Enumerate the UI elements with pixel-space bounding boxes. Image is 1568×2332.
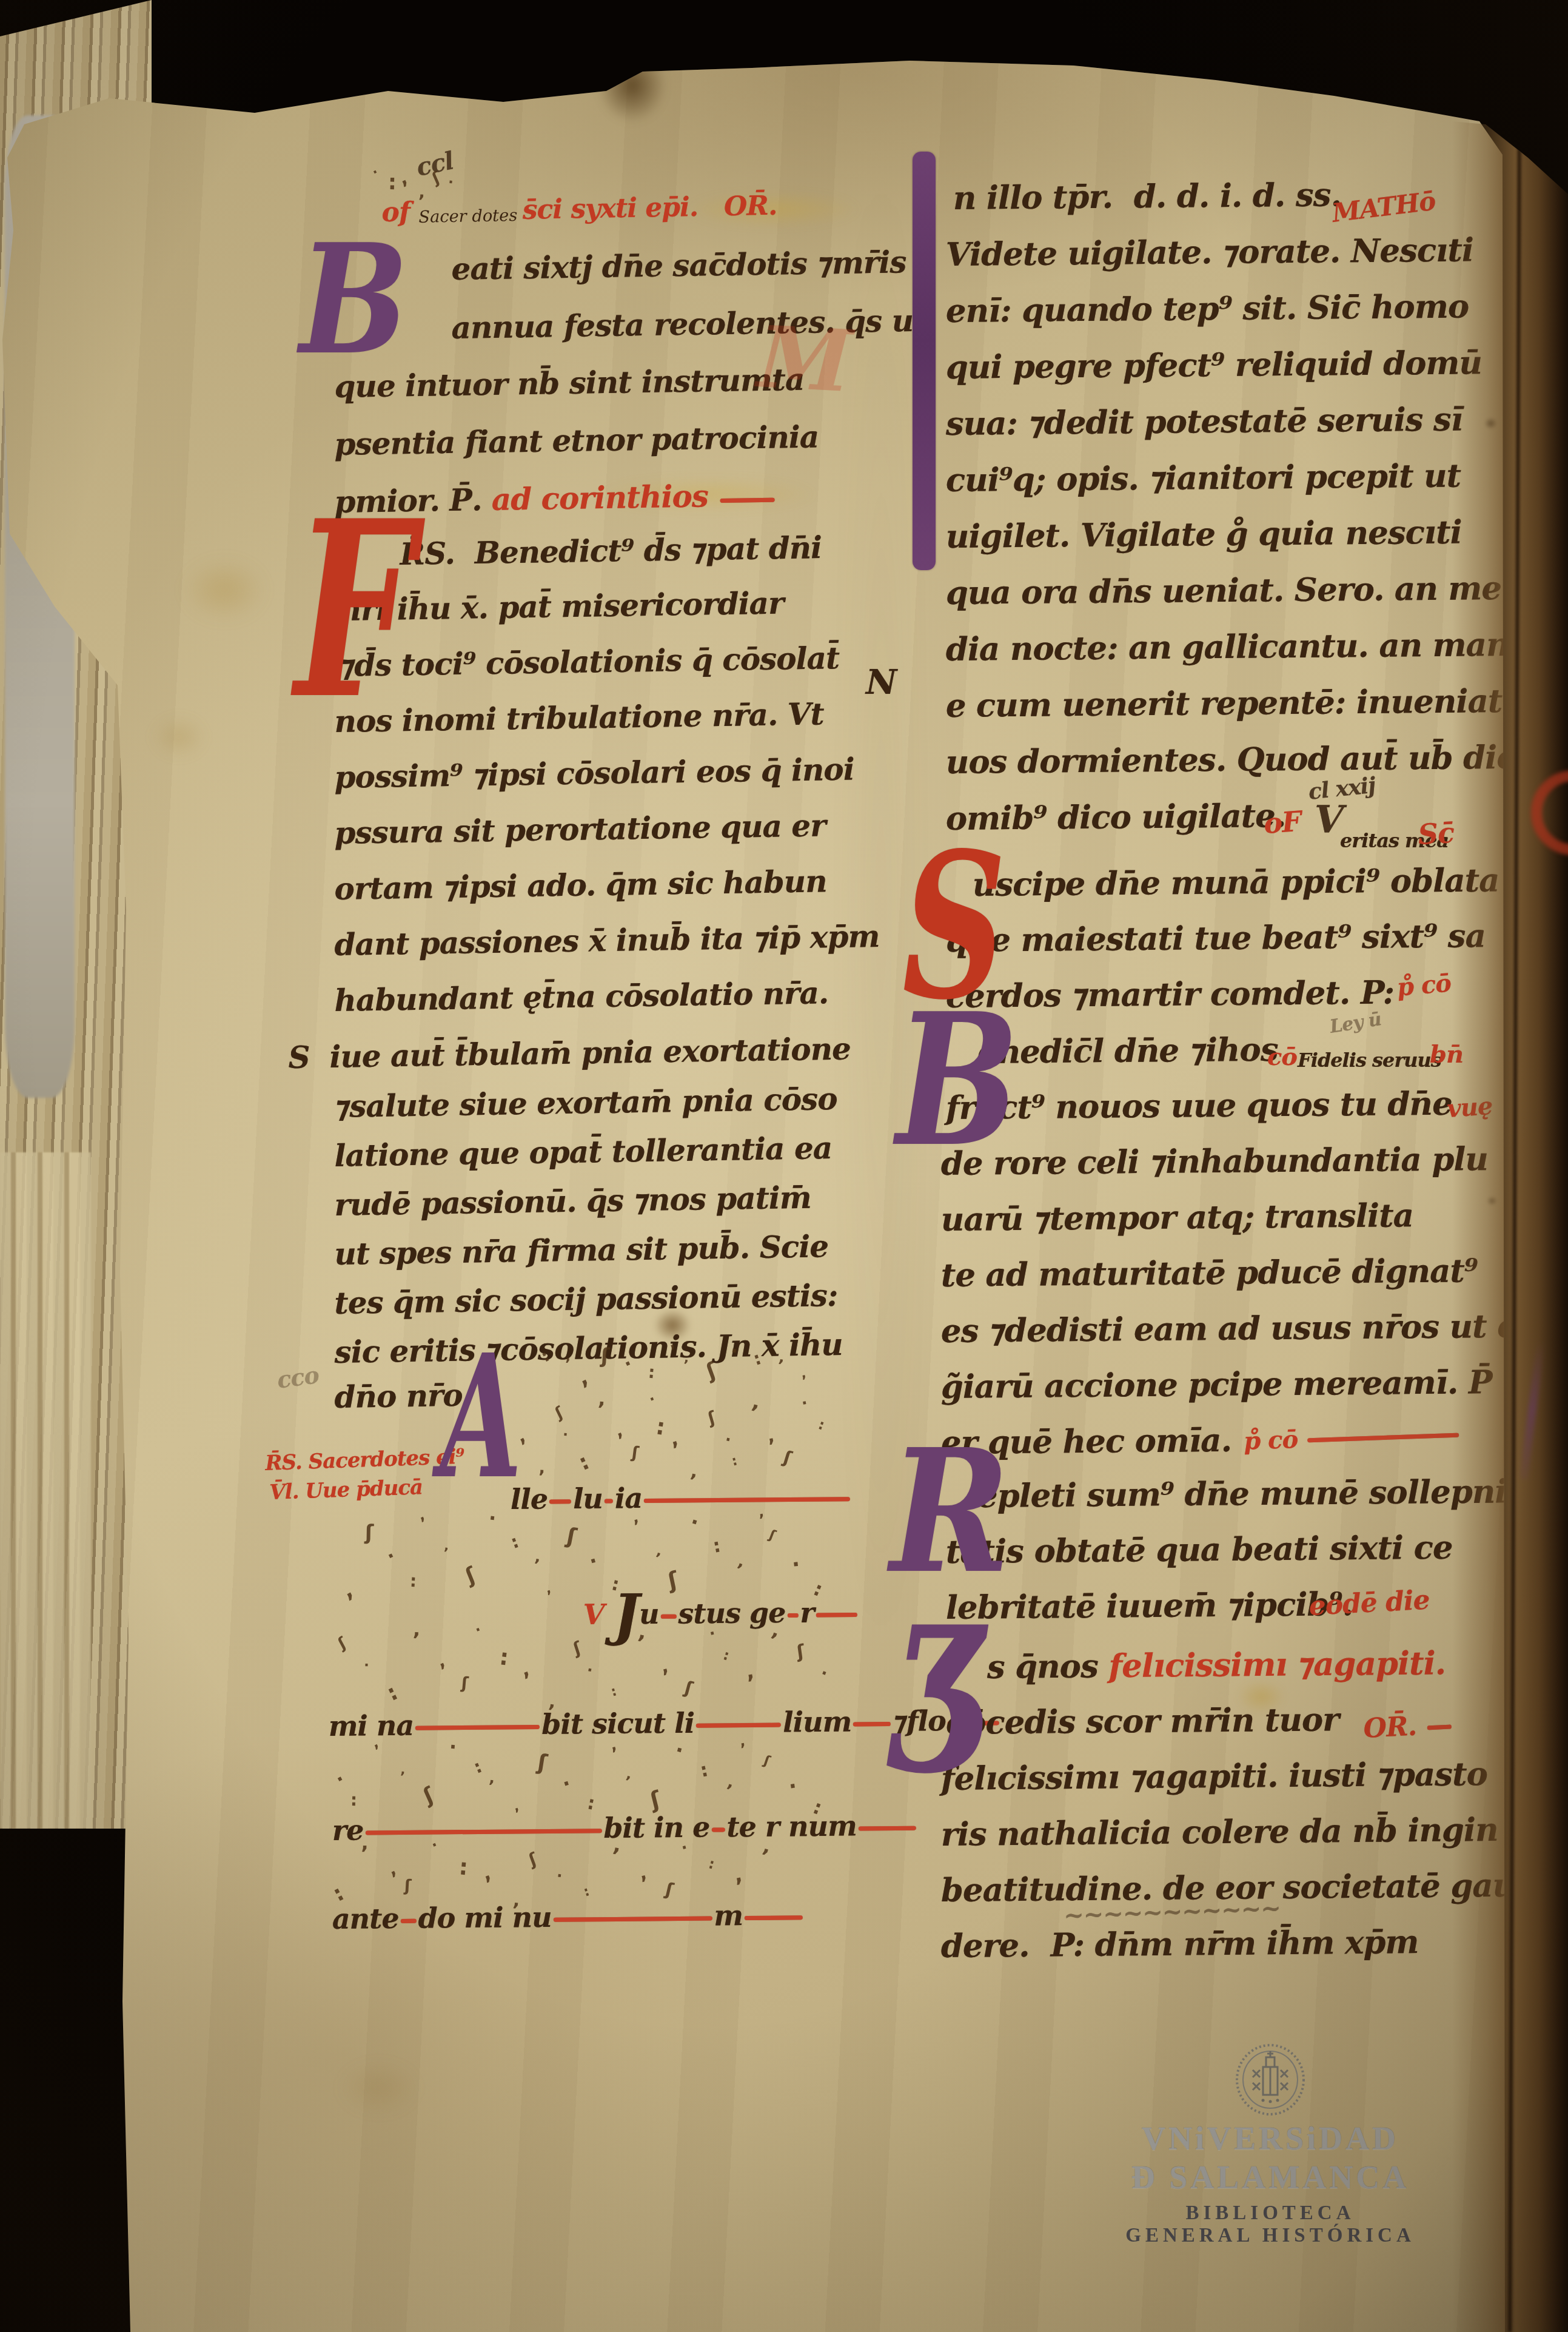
neume-mark: : [458,1853,469,1880]
text-run: fruct⁹ nouos uue quos tu dn̄e [946,1087,1452,1126]
illuminated-initial-I [913,152,936,570]
neume-mark: ’ [565,1356,571,1373]
neume-mark: ’ [632,1517,643,1537]
chant-extender-line [553,1917,712,1922]
neume-mark: : [387,170,397,195]
text-line: e cum uenerit repentē: inueniat [946,685,1503,724]
text-line: Videte uigilate. ⁊orate. Nescıti [946,234,1474,272]
text-run: e cum uenerit repentē: inueniat [946,685,1503,724]
text-line: ⁊salute siue exortam̄ pnia cōso [334,1083,837,1123]
text-run: m [714,1901,743,1930]
text-run: tatis obtatē qua beati sixti ce [946,1531,1453,1570]
text-line: qua ora dn̄s ueniat. Sero. an me [946,572,1502,611]
university-seal-icon [1235,2043,1306,2117]
stamp-line-1: VNiVERSiDAD [1119,2120,1422,2157]
text-line: cōcedis scor mr̄in tuor [946,1703,1339,1740]
neume-mark: ‚ [337,1577,357,1604]
neume-mark: ‚ [543,1581,552,1597]
neume-mark: ‚ [511,1798,521,1815]
text-run: g̃iarū accione pcipe mereamī. P̄ [941,1366,1492,1405]
text-run: dant passiones x̄ inub̄ ita ⁊ip̄ xp̄m [334,921,880,961]
neume-mark: ‚ [611,1420,625,1442]
neume-mark: ʃ [461,1674,469,1693]
illuminated-initial-A: A [440,1354,522,1481]
neume-mark: : [581,1884,591,1900]
neume-mark: : [471,1756,485,1778]
text-line: annua festa recolentes. q̄s ut [451,305,926,344]
text-line: ut spes nr̄a firma sit pub̄. Scie [334,1231,828,1270]
neume-mark: ‚ [572,1364,591,1391]
text-run: eati sixtj dn̄e sac̄dotis ⁊mr̄is [451,246,906,285]
margin-note: Sc̄ [1417,818,1455,849]
neume-mark: : [707,1856,717,1872]
text-line: habundant ęt̄na cōsolatio nr̄a. [334,977,828,1016]
text-line: cco [275,1363,320,1393]
neume-mark: : [508,1531,521,1553]
text-run: bit sicut li [541,1709,694,1739]
library-stamp: VNiVERSiDAD Ð SALAMANCA BIBLIOTECA GENER… [1119,2043,1422,2247]
margin-note: p̊ cō [1244,1422,1461,1454]
text-line: tatis obtatē qua beati sixti ce [946,1531,1453,1570]
neume-mark: ʃ [565,1524,579,1550]
neume-mark: : [575,1450,594,1476]
text-run: uarū ⁊tempor atq; translita [941,1199,1414,1237]
text-run: s q̄nos [987,1650,1109,1684]
neume-mark: ʃ [526,1849,540,1870]
neume-mark: ’ [610,1744,621,1764]
text-run: ris nathalicia colere da nb̄ ingin [941,1813,1498,1852]
neume-mark: ‚ [635,1861,649,1885]
text-run: cui⁹q; opis. ⁊ianitori pcepit ut [946,460,1461,498]
neume-mark: : [699,1759,711,1782]
neume-mark: ʃ [767,1527,777,1544]
illuminated-initial-D: Ʒ [891,1625,996,1776]
text-run: lu [573,1484,603,1514]
neume-mark: ʃ [683,1677,695,1699]
neume-mark: ’ [596,1397,606,1422]
text-run: cco [275,1363,320,1393]
margin-note: N [866,665,896,701]
text-line: tes q̄m sic socij passionū estis: [334,1280,838,1320]
neume-mark: ’ [520,1667,536,1693]
neume-mark: ’ [732,1559,745,1581]
margin-note: eodē die [1308,1587,1430,1621]
text-run: ortam ⁊ipsi ado. q̄m sic habun [334,865,827,905]
neume-mark: ‚ [418,181,426,203]
rubric-run: Sc̄ [1417,818,1455,849]
chant-lyric-line: lleluia [511,1482,853,1514]
neume-mark: ’ [669,1436,685,1462]
text-line: psentia fiant etnor patrocinia [334,421,819,460]
neume-mark: ʃ [648,1786,663,1813]
neume-mark: ʃ [600,1344,610,1369]
text-run: re [332,1816,364,1846]
neume-mark: ‚ [658,1654,671,1678]
illuminated-initial-B: B [300,243,409,357]
neume-mark: ʃ [365,1521,374,1545]
text-run: ante [332,1904,399,1934]
neume-mark: ʃ [420,1783,438,1809]
text-line: te ad maturitatē pducē dignat⁹ [941,1254,1478,1292]
margin-note: V [1315,799,1343,839]
text-line: eati sixtj dn̄e sac̄dotis ⁊mr̄is [451,246,906,285]
neume-mark: · [791,1553,801,1578]
neume-mark: ’ [532,1556,540,1574]
text-run: pssura sit perortatione qua er [334,810,826,849]
text-run: ut spes nr̄a firma sit pub̄. Scie [334,1231,828,1270]
text-run: do mi nu [418,1903,551,1933]
neume-mark: · [818,1664,831,1684]
text-run: enedic̄l dn̄e ⁊ihos [977,1033,1278,1070]
text-line: sua: ⁊dedit potestatē seruis sı̄ [946,403,1463,442]
neume-mark: · [672,1738,686,1763]
neume-mark: ’ [361,1841,369,1865]
margin-note: OR̄. [1363,1710,1454,1743]
rubric-run: MATHō [1331,188,1437,227]
text-line: dia nocte: an gallicantu. an mane. [946,628,1540,667]
neume-mark: ‚ [538,1457,546,1477]
parchment-stain [182,558,267,622]
neume-mark: ‚ [400,1762,406,1778]
text-run: ⁊salute siue exortam̄ pnia cōso [334,1083,837,1123]
text-run: possim⁹ ⁊ipsi cōsolari eos q̄ inoi [334,754,854,794]
neume-mark: ʃ [705,1407,717,1428]
text-run: ia [615,1484,643,1513]
text-run: Fidelis seruus [1298,1050,1441,1071]
chant-extender-line [720,497,774,502]
neume-mark: · [447,174,454,190]
rubric-run: eodē die [1308,1587,1430,1621]
text-run: psentia fiant etnor patrocinia [334,421,819,460]
rubric-run: cō [1267,1044,1297,1070]
gutter-purple-smudge [1519,1340,1545,1480]
text-line: enedic̄l dn̄e ⁊ihos [977,1033,1278,1070]
neume-mark: : [609,1684,618,1699]
illuminated-initial-F: F [295,519,415,701]
text-line: g̃iarū accione pcipe mereamī. P̄ [941,1366,1492,1405]
chant-extender-line [549,1499,571,1504]
neume-mark: · [449,1735,458,1759]
neume-mark: ‚ [689,1460,700,1483]
text-line: uscipe dn̄e munā ppici⁹ oblata [973,864,1499,902]
text-run: te ad maturitatē pducē dignat⁹ [941,1254,1478,1292]
text-run: felıcissimı ⁊agapiti. iusti ⁊pasto [941,1758,1488,1796]
text-line: fruct⁹ nouos uue quos tu dn̄e [946,1087,1452,1126]
neume-mark: ‚ [765,1423,777,1448]
text-run: que maiestati tue beat⁹ sixt⁹ sa [946,919,1486,958]
neume-mark: ’ [398,176,415,200]
text-run: enı̄: quando tep⁹ sit. Sic̄ homo [946,290,1469,328]
neume-mark: · [363,1658,369,1673]
text-run: Ley ū [1328,1010,1382,1037]
rubric-run: M [756,313,853,407]
neume-mark: · [562,1427,568,1443]
text-line: qui pegre pfect⁹ reliquid domū [946,346,1483,385]
margin-note: Ley ū [1328,1010,1382,1037]
margin-note: ~~~~~~~~~~~ [1064,1896,1281,1929]
neume-mark: : [647,1362,655,1382]
neume-mark: ‚ [384,1859,400,1881]
neume-mark: : [721,1647,731,1664]
text-run: J [613,1601,639,1628]
neume-mark: ʃ [631,1443,640,1463]
neume-mark: · [687,1510,702,1535]
text-line: V̄l. Uue p̄ducā [269,1477,423,1504]
neume-mark: ʃ [666,1567,680,1594]
text-run: r [800,1598,814,1627]
neume-mark: ʃ [404,1877,412,1896]
neume-mark: · [472,1621,484,1639]
text-run: Sacer dotes [418,207,523,226]
neume-mark: · [585,1661,594,1679]
neume-mark: ’ [746,1400,760,1426]
text-run: n illo tp̄r. d. d. i. d. ss. [953,178,1342,215]
text-line: s q̄nos felıcissimı ⁊agapiti. [987,1647,1446,1684]
neume-mark: : [350,1790,357,1810]
neume-mark: · [383,1545,399,1568]
neume-mark: ’ [723,1780,735,1801]
chant-extender-line [660,1615,676,1619]
text-run: uscipe dn̄e munā ppici⁹ oblata [973,864,1499,902]
text-line: cui⁹q; opis. ⁊ianitori pcepit ut [946,460,1461,498]
chant-lyric-line: antedo mi num [332,1900,805,1934]
margin-note: MATHō [1331,188,1437,227]
text-run: habundant ęt̄na cōsolatio nr̄a. [334,977,828,1016]
gutter-crease [1508,115,1521,2332]
neume-mark: ’ [746,1670,759,1696]
text-run: V [1315,799,1343,839]
text-run: sic eritis ⁊cōsolationis. Jn x̄ ih̄u [334,1329,843,1369]
text-line: felıcissimı ⁊agapiti. iusti ⁊pasto [941,1758,1488,1796]
book-gutter [1452,115,1568,2332]
neume-mark: ‚ [625,1765,634,1783]
text-run: latione que opat̄ tollerantia ea [334,1132,832,1172]
text-run: stus ge [678,1598,785,1628]
text-run: epleti sum⁹ dn̄e munē sollepni [977,1475,1507,1513]
margin-note: cō [1267,1044,1297,1070]
text-line: uos dormientes. Quod aut̄ ub̄ dico [946,741,1537,780]
neume-mark: ʃ [536,1750,549,1776]
margin-note: p̊ cō [1396,970,1452,1001]
neume-mark: · [800,1394,809,1413]
rubric-run: p̊ cō [1396,970,1452,1001]
chant-extender-line [696,1723,781,1728]
text-run: uos dormientes. Quod aut̄ ub̄ dico [946,741,1537,780]
text-run: te r num [726,1811,857,1841]
text-run: rudē passionū. q̄s ⁊nos patim̄ [334,1182,811,1221]
text-run: u [639,1599,659,1629]
text-line: epleti sum⁹ dn̄e munē sollepni [977,1475,1507,1513]
page-edge-lower-strip [0,1152,91,1829]
neume-mark: ’ [734,1873,747,1900]
chant-extender-line [401,1919,417,1923]
chant-extender-line [853,1722,891,1727]
text-run: qua ora dn̄s ueniat. Sero. an me [946,572,1502,611]
chant-extender-line [415,1725,540,1730]
chant-lyric-line: rebit in ete r num [332,1811,918,1846]
manuscript-page: cclof Sacer dotes s̄ci syxti ep̄i. OR̄.e… [0,0,1568,2332]
neume-mark: · [787,1774,799,1799]
text-run: Videte uigilate. ⁊orate. Nescıti [946,234,1474,272]
text-line: dant passiones x̄ inub̄ ita ⁊ip̄ xp̄m [334,921,880,961]
margin-note: oF [1263,807,1302,838]
chant-lyric-line: V Justus ger [583,1598,859,1629]
neume-mark: ’ [418,1513,431,1531]
rubric-run: felıcissimı ⁊agapiti. [1108,1647,1446,1683]
text-line: dere. P: dn̄m nr̄m ih̄m xp̄m [941,1926,1419,1964]
parchment-stain [450,32,466,47]
neume-mark: ʃ [663,1878,675,1900]
chant-extender-line [1307,1433,1459,1443]
neume-mark: ‚ [655,1542,665,1559]
text-line: M [756,313,853,407]
text-line: S iue aut̄ t̄bulam̄ pnia exortatione [288,1033,851,1074]
rubric-run: oF [1263,807,1302,838]
illuminated-initial-B2: B [896,1012,1019,1148]
text-run: tes q̄m sic socij passionū estis: [334,1280,838,1320]
rubric-run: p̊ cō [1244,1426,1306,1454]
neume-mark: : [586,1792,597,1815]
chant-extender-line [1427,1725,1451,1730]
chant-extender-line [605,1499,613,1504]
neume-mark: · [646,1391,657,1408]
text-run: S iue aut̄ t̄bulam̄ pnia exortatione [288,1033,851,1074]
text-run: ~~~~~~~~~~~ [1064,1896,1281,1929]
neume-mark: ʃ [796,1641,806,1662]
text-run: dere. P: dn̄m nr̄m ih̄m xp̄m [941,1926,1419,1964]
neume-mark: · [586,1548,600,1573]
neume-mark: : [409,1570,417,1591]
text-run: N [866,665,896,701]
text-line: de rore celi ⁊inhabundantia plu [941,1143,1489,1181]
neume-mark: ‚ [799,1365,808,1382]
neume-mark: · [332,1768,348,1790]
stamp-line-3: BIBLIOTECA GENERAL HISTÓRICA [1119,2202,1422,2247]
neume-mark: · [559,1771,574,1796]
text-line: uigilet. Vigilate g̊ quia nescıti [946,516,1462,554]
text-line: es ⁊dedisti eam ad usus nr̄os ut cū [941,1309,1540,1348]
illuminated-initial-R: R [890,1448,1010,1576]
parchment-stain [152,716,206,758]
text-line: uarū ⁊tempor atq; translita [941,1199,1414,1237]
text-run: de rore celi ⁊inhabundantia plu [941,1143,1489,1181]
neume-mark: · [723,1430,733,1448]
text-run: R̄S. Benedict⁹ d̄s ⁊pat dn̄i [400,532,822,570]
neume-mark: · [370,165,381,181]
text-line: latione que opat̄ tollerantia ea [334,1132,832,1172]
margin-note: Fidelis seruus [1298,1050,1441,1071]
text-run: sua: ⁊dedit potestatē seruis sı̄ [946,403,1463,442]
neume-mark: : [498,1644,511,1671]
neume-mark: ʃ [571,1638,583,1659]
neume-mark: : [711,1534,722,1557]
parchment-stain [340,2062,418,2114]
rubric-run: V [583,1600,614,1630]
parchment-stain [52,1917,85,1944]
neume-mark: ʃ [552,1403,566,1423]
rubric-run: s̄ci syxti ep̄i. OR̄. [522,192,777,225]
text-run: annua festa recolentes. q̄s ut [451,305,926,344]
chant-extender-line [711,1828,725,1832]
chant-extender-line [787,1613,798,1618]
manuscript-photo: cclof Sacer dotes s̄ci syxti ep̄i. OR̄.e… [0,0,1568,2332]
text-run: dia nocte: an gallicantu. an mane. [946,628,1540,667]
neume-mark: ‚ [433,1651,448,1673]
text-line: ris nathalicia colere da nb̄ ingin [941,1813,1498,1852]
rubric-run: ad corinthios [491,480,718,516]
text-run: es ⁊dedisti eam ad usus nr̄os ut cū [941,1309,1540,1348]
chant-extender-line [745,1916,803,1921]
neume-mark: ʃ [462,1563,479,1589]
neume-mark: ʃ [762,1753,772,1769]
facing-page-red-initial-fragment [1531,770,1568,855]
rubric-run: V̄l. Uue p̄ducā [269,1477,423,1504]
text-line: sic eritis ⁊cōsolationis. Jn x̄ ih̄u [334,1329,843,1369]
text-run: bit in e [603,1813,710,1843]
chant-extender-line [365,1829,601,1835]
text-run: uigilet. Vigilate g̊ quia nescıti [946,516,1462,554]
neume-mark: ’ [482,1871,498,1897]
neume-mark: ’ [609,1844,622,1869]
text-line: que maiestati tue beat⁹ sixt⁹ sa [946,919,1486,958]
parchment-stain [597,47,667,123]
text-line: R̄S. Sacerdotes ei⁹ [265,1447,464,1475]
text-run: lium [783,1707,851,1736]
text-run: cōcedis scor mr̄in tuor [946,1703,1339,1740]
text-line: rudē passionū. q̄s ⁊nos patim̄ [334,1182,811,1221]
text-run: qui pegre pfect⁹ reliquid domū [946,346,1483,385]
chant-extender-line [644,1497,850,1503]
text-line: n illo tp̄r. d. d. i. d. ss. [953,178,1342,215]
text-line: ortam ⁊ipsi ado. q̄m sic habun [334,865,827,905]
neume-mark: ’ [487,1778,495,1796]
chant-extender-line [859,1826,916,1831]
text-line: enı̄: quando tep⁹ sit. Sic̄ homo [946,290,1469,328]
neume-mark: ‚ [443,1538,450,1554]
text-run: mi na [329,1711,414,1741]
neume-mark: ʃ [781,1447,794,1468]
neume-mark: : [383,1680,402,1706]
text-line: pssura sit perortatione qua er [334,810,826,849]
text-line: possim⁹ ⁊ipsi cōsolari eos q̄ inoi [334,754,854,794]
neume-mark: ʃ [335,1634,350,1653]
text-line: R̄S. Benedict⁹ d̄s ⁊pat dn̄i [400,532,822,570]
neume-mark: : [730,1453,739,1469]
rubric-run: R̄S. Sacerdotes ei⁹ [265,1447,464,1475]
neume-mark: · [555,1866,564,1884]
neume-mark: ’ [372,1741,384,1759]
chant-extender-line [816,1613,857,1618]
neume-mark: : [654,1414,666,1441]
stamp-line-2: Ð SALAMANCA [1119,2159,1422,2196]
text-line: of Sacer dotes s̄ci syxti ep̄i. OR̄. [381,192,777,227]
rubric-run: OR̄. [1363,1712,1426,1743]
neume-mark: ’ [412,1628,421,1652]
neume-mark: : [816,1417,826,1434]
